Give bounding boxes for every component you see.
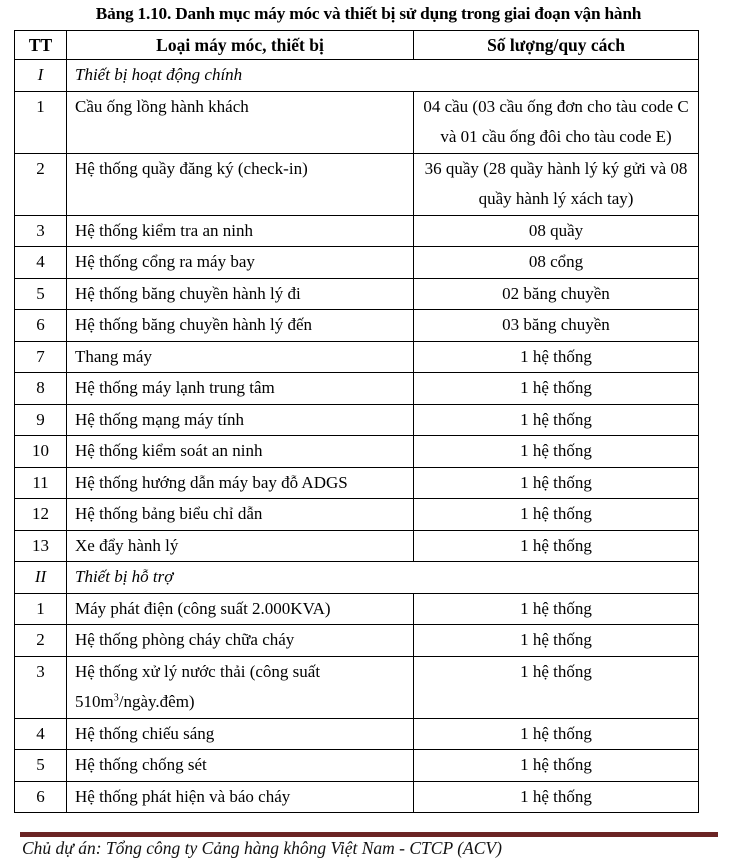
row-number: 2: [15, 153, 67, 215]
table-row: 13Xe đẩy hành lý1 hệ thống: [15, 530, 699, 562]
equipment-name: Hệ thống máy lạnh trung tâm: [67, 373, 414, 405]
equipment-quantity: 1 hệ thống: [414, 718, 699, 750]
table-row: 9Hệ thống mạng máy tính1 hệ thống: [15, 404, 699, 436]
equipment-quantity: 04 cầu (03 cầu ống đơn cho tàu code C và…: [414, 91, 699, 153]
equipment-quantity: 03 băng chuyền: [414, 310, 699, 342]
equipment-quantity: 1 hệ thống: [414, 781, 699, 813]
equipment-quantity: 1 hệ thống: [414, 436, 699, 468]
equipment-quantity: 02 băng chuyền: [414, 278, 699, 310]
equipment-name: Hệ thống xử lý nước thải (công suất510m3…: [67, 656, 414, 718]
section-title: Thiết bị hỗ trợ: [67, 562, 699, 594]
equipment-name: Máy phát điện (công suất 2.000KVA): [67, 593, 414, 625]
section-title: Thiết bị hoạt động chính: [67, 60, 699, 92]
equipment-quantity: 1 hệ thống: [414, 341, 699, 373]
equipment-quantity: 1 hệ thống: [414, 625, 699, 657]
row-number: 3: [15, 656, 67, 718]
equipment-name: Cầu ống lồng hành khách: [67, 91, 414, 153]
equipment-quantity: 1 hệ thống: [414, 467, 699, 499]
table-row: 1Cầu ống lồng hành khách04 cầu (03 cầu ố…: [15, 91, 699, 153]
table-body: IThiết bị hoạt động chính1Cầu ống lồng h…: [15, 60, 699, 813]
equipment-name: Hệ thống mạng máy tính: [67, 404, 414, 436]
section-id: II: [15, 562, 67, 594]
table-row: 12Hệ thống bảng biểu chỉ dẫn1 hệ thống: [15, 499, 699, 531]
table-row: 3Hệ thống xử lý nước thải (công suất510m…: [15, 656, 699, 718]
equipment-name-line2: 510m: [75, 692, 114, 711]
footer-project-owner: Chủ dự án: Tổng công ty Cảng hàng không …: [22, 838, 502, 859]
equipment-name: Hệ thống chiếu sáng: [67, 718, 414, 750]
equipment-quantity: 08 cổng: [414, 247, 699, 279]
table-row: 7Thang máy1 hệ thống: [15, 341, 699, 373]
section-id: I: [15, 60, 67, 92]
equipment-quantity: 1 hệ thống: [414, 373, 699, 405]
equipment-name: Xe đẩy hành lý: [67, 530, 414, 562]
header-tt: TT: [15, 31, 67, 60]
row-number: 5: [15, 750, 67, 782]
table-row: 11Hệ thống hướng dẫn máy bay đỗ ADGS1 hệ…: [15, 467, 699, 499]
row-number: 6: [15, 310, 67, 342]
equipment-name: Hệ thống phát hiện và báo cháy: [67, 781, 414, 813]
equipment-name: Hệ thống bảng biểu chỉ dẫn: [67, 499, 414, 531]
row-number: 4: [15, 718, 67, 750]
equipment-quantity: 1 hệ thống: [414, 530, 699, 562]
equipment-name-tail: /ngày.đêm): [119, 692, 195, 711]
table-row: 3Hệ thống kiểm tra an ninh08 quầy: [15, 215, 699, 247]
table-row: 8Hệ thống máy lạnh trung tâm1 hệ thống: [15, 373, 699, 405]
row-number: 2: [15, 625, 67, 657]
row-number: 8: [15, 373, 67, 405]
equipment-quantity: 1 hệ thống: [414, 656, 699, 718]
footer-divider-bar: [20, 832, 718, 837]
row-number: 3: [15, 215, 67, 247]
equipment-name: Hệ thống phòng cháy chữa cháy: [67, 625, 414, 657]
equipment-name: Thang máy: [67, 341, 414, 373]
equipment-name-line1: Hệ thống xử lý nước thải (công suất: [75, 662, 320, 681]
table-row: 2Hệ thống phòng cháy chữa cháy1 hệ thống: [15, 625, 699, 657]
row-number: 1: [15, 593, 67, 625]
equipment-name: Hệ thống quầy đăng ký (check-in): [67, 153, 414, 215]
table-row: 1Máy phát điện (công suất 2.000KVA)1 hệ …: [15, 593, 699, 625]
row-number: 9: [15, 404, 67, 436]
row-number: 4: [15, 247, 67, 279]
table-row: 4Hệ thống chiếu sáng1 hệ thống: [15, 718, 699, 750]
row-number: 7: [15, 341, 67, 373]
row-number: 12: [15, 499, 67, 531]
equipment-name: Hệ thống cổng ra máy bay: [67, 247, 414, 279]
equipment-quantity: 08 quầy: [414, 215, 699, 247]
equipment-name: Hệ thống hướng dẫn máy bay đỗ ADGS: [67, 467, 414, 499]
equipment-name: Hệ thống chống sét: [67, 750, 414, 782]
equipment-quantity: 1 hệ thống: [414, 750, 699, 782]
section-row: IIThiết bị hỗ trợ: [15, 562, 699, 594]
equipment-table: TT Loại máy móc, thiết bị Số lượng/quy c…: [14, 30, 699, 813]
equipment-name: Hệ thống băng chuyền hành lý đến: [67, 310, 414, 342]
equipment-quantity: 1 hệ thống: [414, 499, 699, 531]
equipment-name: Hệ thống kiểm tra an ninh: [67, 215, 414, 247]
section-row: IThiết bị hoạt động chính: [15, 60, 699, 92]
header-equipment-type: Loại máy móc, thiết bị: [67, 31, 414, 60]
equipment-name: Hệ thống băng chuyền hành lý đi: [67, 278, 414, 310]
row-number: 11: [15, 467, 67, 499]
table-row: 4Hệ thống cổng ra máy bay08 cổng: [15, 247, 699, 279]
table-row: 2Hệ thống quầy đăng ký (check-in)36 quầy…: [15, 153, 699, 215]
table-row: 5Hệ thống băng chuyền hành lý đi02 băng …: [15, 278, 699, 310]
row-number: 6: [15, 781, 67, 813]
row-number: 1: [15, 91, 67, 153]
row-number: 5: [15, 278, 67, 310]
table-row: 10Hệ thống kiểm soát an ninh1 hệ thống: [15, 436, 699, 468]
equipment-quantity: 1 hệ thống: [414, 593, 699, 625]
row-number: 13: [15, 530, 67, 562]
equipment-quantity: 36 quầy (28 quầy hành lý ký gửi và 08 qu…: [414, 153, 699, 215]
row-number: 10: [15, 436, 67, 468]
equipment-quantity: 1 hệ thống: [414, 404, 699, 436]
table-row: 6Hệ thống phát hiện và báo cháy1 hệ thốn…: [15, 781, 699, 813]
equipment-name: Hệ thống kiểm soát an ninh: [67, 436, 414, 468]
header-quantity: Số lượng/quy cách: [414, 31, 699, 60]
table-caption: Bảng 1.10. Danh mục máy móc và thiết bị …: [0, 4, 737, 24]
table-row: 6Hệ thống băng chuyền hành lý đến03 băng…: [15, 310, 699, 342]
table-row: 5Hệ thống chống sét1 hệ thống: [15, 750, 699, 782]
table-header-row: TT Loại máy móc, thiết bị Số lượng/quy c…: [15, 31, 699, 60]
